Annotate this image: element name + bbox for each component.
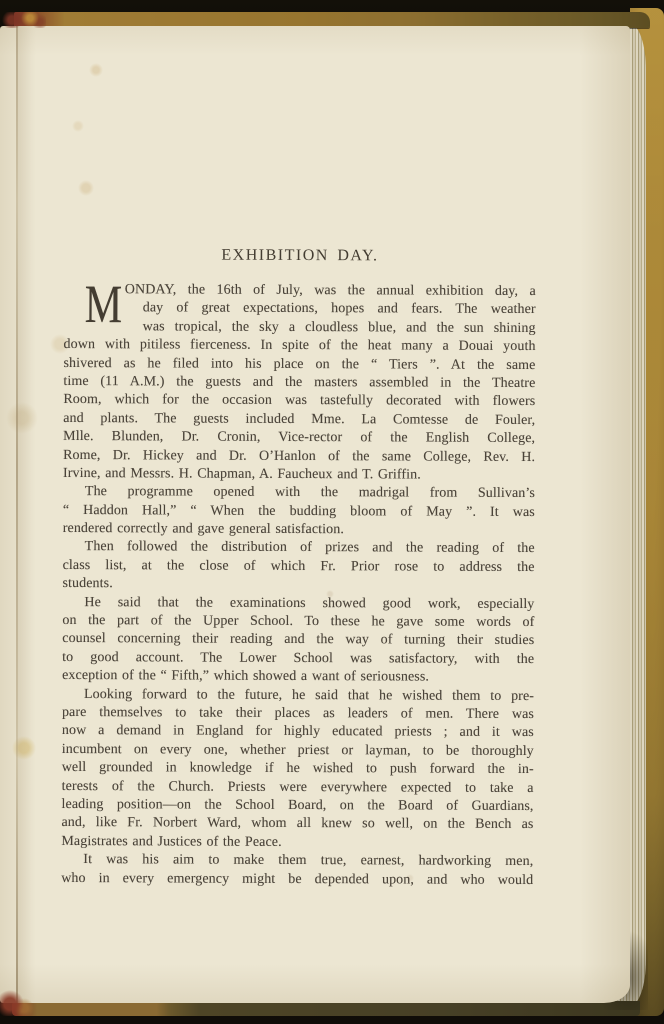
corner-wear-top-left <box>0 12 46 28</box>
text-line: terests of the Church. Priests were ever… <box>62 778 534 798</box>
text-line: ONDAY, the 16th of July, was the annual … <box>64 281 536 301</box>
text-line: down with pitiless fierceness. In spite … <box>64 336 536 356</box>
paragraph: He said that the examinations showed goo… <box>62 594 534 688</box>
text-line: class list, at the close of which Fr. Pr… <box>63 557 535 577</box>
page-title: EXHIBITION DAY. <box>64 245 536 267</box>
page-crease-shadow <box>18 26 36 1003</box>
paragraph: Looking forward to the future, he said t… <box>61 686 534 854</box>
text-line: Magistrates and Justices of the Peace. <box>61 833 533 853</box>
paragraph: It was his aim to make them true, earnes… <box>61 851 533 890</box>
paragraph: M ONDAY, the 16th of July, was the annua… <box>63 281 536 485</box>
text-line: now a demand in England for highly educa… <box>62 722 534 742</box>
book-bottom-edge <box>12 1001 640 1016</box>
text-line: pare themselves to take their places as … <box>62 704 534 724</box>
text-line: and, like Fr. Norbert Ward, whom all kne… <box>61 814 533 834</box>
text-line: exception of the “ Fifth,” which showed … <box>62 667 534 687</box>
text-line: Rome, Dr. Hickey and Dr. O’Hanlon of the… <box>63 446 535 466</box>
text-line: shivered as he filed into his place on t… <box>63 355 535 375</box>
text-line: Then followed the distribution of prizes… <box>63 538 535 558</box>
text-line: students. <box>62 575 534 595</box>
drop-cap-letter: M <box>85 277 123 331</box>
drop-cap: M <box>85 281 127 335</box>
text-line: Irvine, and Messrs. H. Chapman, A. Fauch… <box>63 465 535 485</box>
corner-wear-bottom-left <box>0 990 34 1016</box>
text-line: was tropical, the sky a cloudless blue, … <box>64 318 536 338</box>
text-line: The programme opened with the madrigal f… <box>63 483 535 503</box>
text-line: Mlle. Blunden, Dr. Cronin, Vice-rector o… <box>63 428 535 448</box>
text-line: well grounded in knowledge if he wished … <box>62 759 534 779</box>
text-line: incumbent on every one, whether priest o… <box>62 741 534 761</box>
text-line: who in every emergency might be depended… <box>61 869 533 889</box>
page-text-block: EXHIBITION DAY. M ONDAY, the 16th of Jul… <box>61 245 536 890</box>
text-line: leading position—on the School Board, on… <box>62 796 534 816</box>
text-line: rendered correctly and gave general sati… <box>63 520 535 540</box>
text-line: Looking forward to the future, he said t… <box>62 686 534 706</box>
text-line: time (11 A.M.) the guests and the master… <box>63 373 535 393</box>
paragraph: The programme opened with the madrigal f… <box>63 483 535 540</box>
text-line: It was his aim to make them true, earnes… <box>61 851 533 871</box>
text-line: counsel concerning their reading and the… <box>62 630 534 650</box>
text-line: He said that the examinations showed goo… <box>62 594 534 614</box>
text-line: and plants. The guests included Mme. La … <box>63 410 535 430</box>
paragraph: Then followed the distribution of prizes… <box>62 538 534 595</box>
text-line: Room, which for the occasion was tastefu… <box>63 391 535 411</box>
text-line: “ Haddon Hall,” “ When the budding bloom… <box>63 502 535 522</box>
text-line: day of great expectations, hopes and fea… <box>64 299 536 319</box>
text-line: on the part of the Upper School. To thes… <box>62 612 534 632</box>
book-scan: EXHIBITION DAY. M ONDAY, the 16th of Jul… <box>0 0 664 1024</box>
text-line: to good account. The Lower School was sa… <box>62 649 534 669</box>
